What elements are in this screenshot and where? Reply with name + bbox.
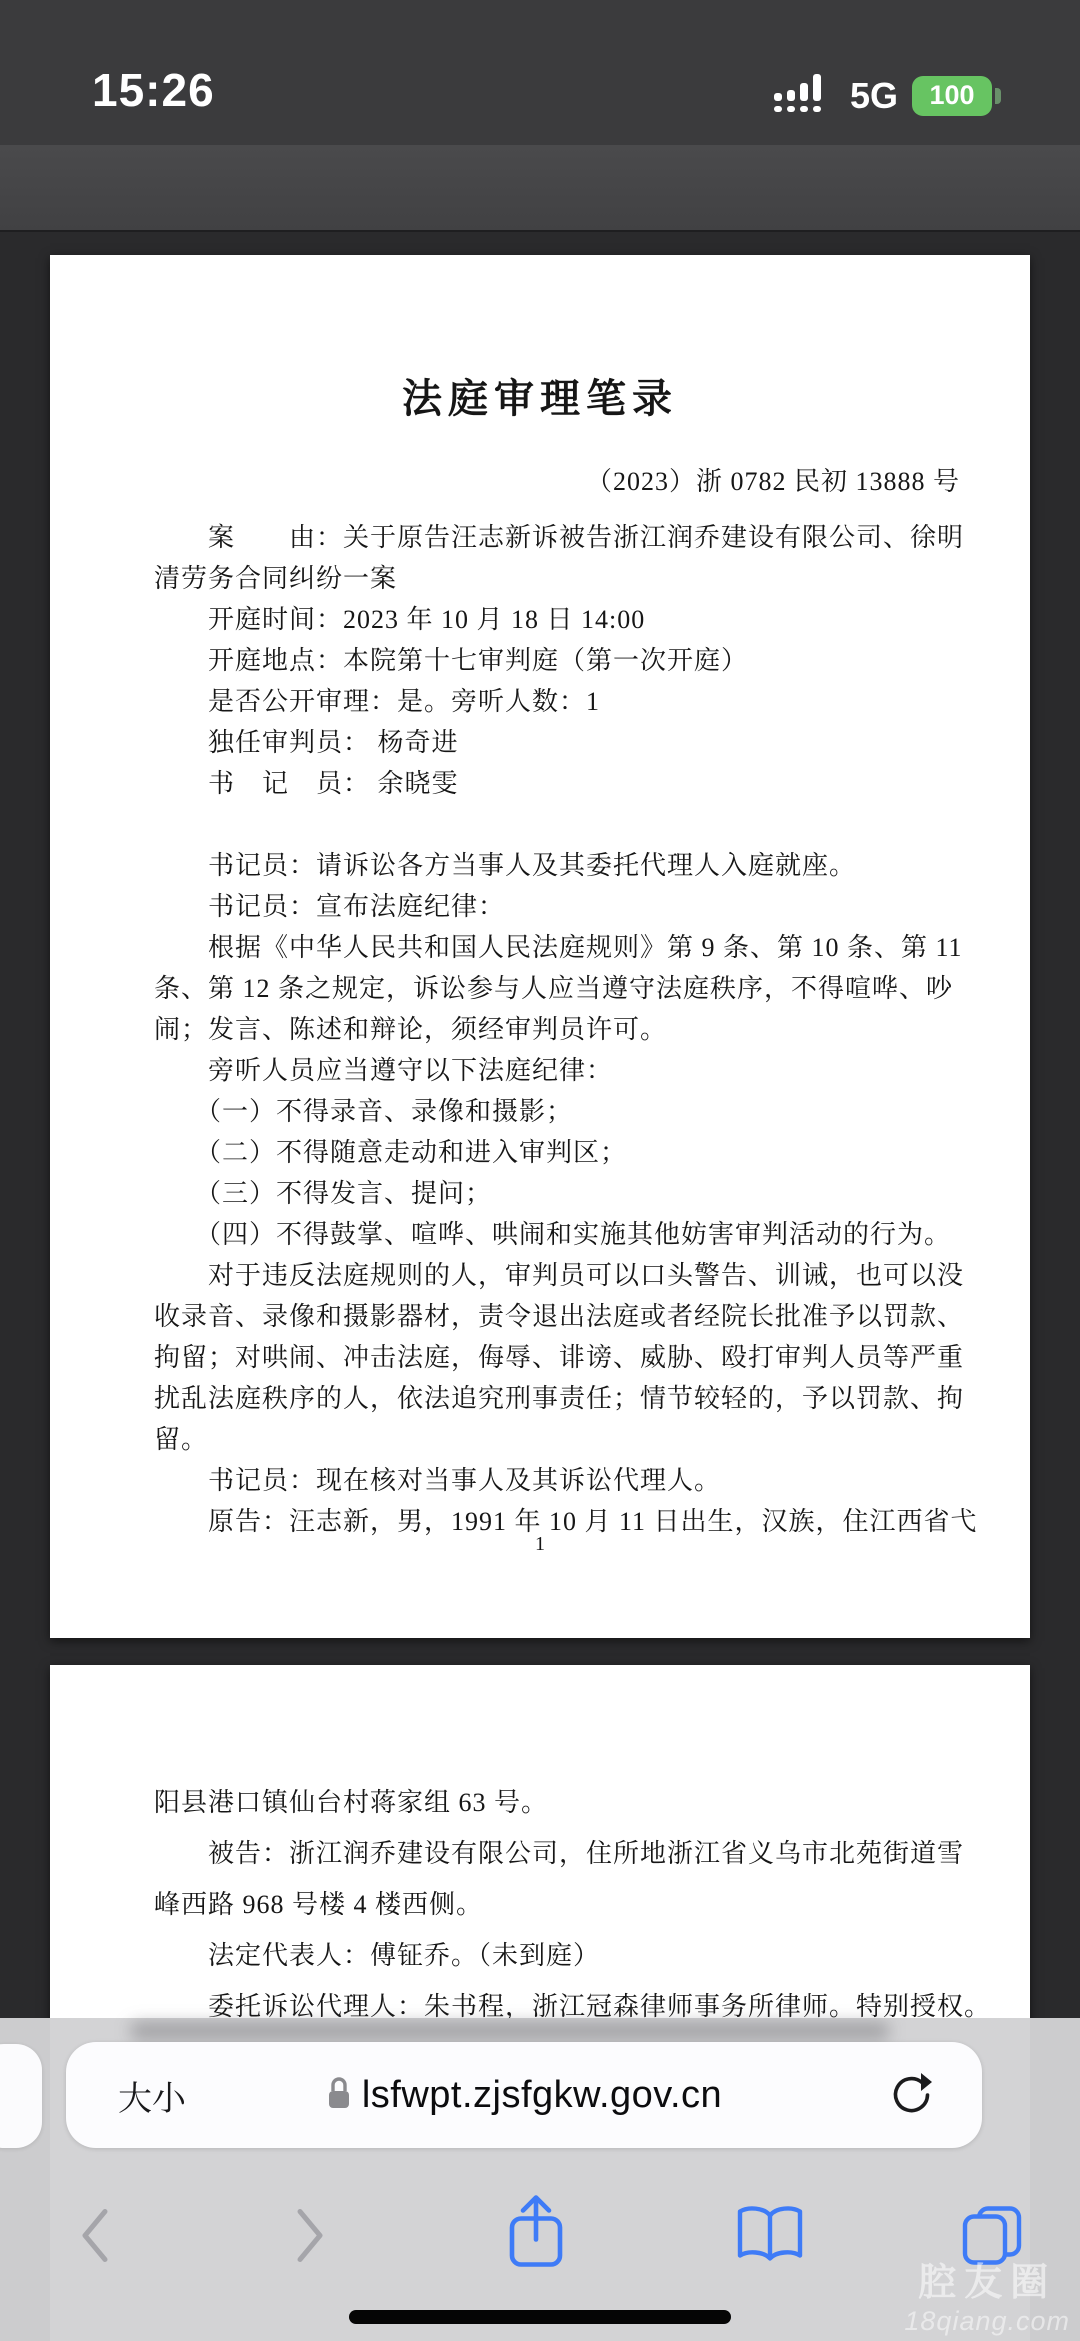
- status-indicators: 5G 100: [774, 74, 992, 117]
- book-icon[interactable]: [732, 2204, 808, 2273]
- doc-line: 旁听人员应当遵守以下法庭纪律：: [154, 1050, 984, 1091]
- doc-line: 书 记 员： 余晓雯: [154, 763, 984, 804]
- page-number: 1: [50, 1533, 1030, 1556]
- doc-line: 独任审判员： 杨奇进: [154, 722, 984, 763]
- battery-nub: [995, 88, 1001, 104]
- doc-line: （四）不得鼓掌、喧哗、哄闹和实施其他妨害审判活动的行为。: [154, 1214, 984, 1255]
- doc-line: 对于违反法庭规则的人，审判员可以口头警告、训诫，也可以没: [154, 1255, 984, 1296]
- battery-percent: 100: [929, 80, 974, 111]
- doc-line: 峰西路 968 号楼 4 楼西侧。: [154, 1879, 984, 1930]
- doc-line: 是否公开审理：是。旁听人数：1: [154, 681, 984, 722]
- tabs-icon[interactable]: [959, 2203, 1025, 2274]
- adjacent-tab-peek[interactable]: [0, 2044, 42, 2148]
- home-indicator[interactable]: [349, 2310, 731, 2324]
- doc-line: 书记员：请诉讼各方当事人及其委托代理人入庭就座。: [154, 845, 984, 886]
- address-bar-domain[interactable]: lsfwpt.zjsfgkw.gov.cn: [66, 2042, 982, 2148]
- doc-line: （三）不得发言、提问；: [154, 1173, 984, 1214]
- forward-chevron-icon[interactable]: [292, 2207, 328, 2270]
- page2-body: 阳县港口镇仙台村蒋家组 63 号。 被告：浙江润乔建设有限公司，住所地浙江省义乌…: [154, 1777, 984, 2032]
- doc-line: 根据《中华人民共和国人民法庭规则》第 9 条、第 10 条、第 11: [154, 927, 984, 968]
- bottom-toolbar: [0, 2170, 1080, 2300]
- doc-line: 阳县港口镇仙台村蒋家组 63 号。: [154, 1777, 984, 1828]
- battery-indicator: 100: [912, 76, 992, 116]
- status-bar: 15:26 5G 100: [0, 0, 1080, 145]
- doc-line: 书记员：宣布法庭纪律：: [154, 886, 984, 927]
- document-page-1: 法庭审理笔录 （2023）浙 0782 民初 13888 号 案 由：关于原告汪…: [50, 255, 1030, 1638]
- reload-icon[interactable]: [888, 2071, 936, 2119]
- watermark-line2: 18qiang.com: [904, 2306, 1070, 2337]
- doc-line: 书记员：现在核对当事人及其诉讼代理人。: [154, 1460, 984, 1501]
- doc-line: （一）不得录音、录像和摄影；: [154, 1091, 984, 1132]
- doc-line: 扰乱法庭秩序的人，依法追究刑事责任；情节较轻的，予以罚款、拘: [154, 1378, 984, 1419]
- share-icon[interactable]: [505, 2192, 567, 2277]
- address-bar[interactable]: 大小 lsfwpt.zjsfgkw.gov.cn: [66, 2042, 982, 2148]
- doc-line: 留。: [154, 1419, 984, 1460]
- obscured-text-hint: [130, 2022, 890, 2040]
- doc-line: 条、第 12 条之规定，诉讼参与人应当遵守法庭秩序，不得喧哗、吵: [154, 968, 984, 1009]
- url-text: lsfwpt.zjsfgkw.gov.cn: [362, 2074, 722, 2117]
- safari-collapsed-toolbar[interactable]: [0, 145, 1080, 232]
- lock-icon: [326, 2075, 352, 2116]
- doc-line: [154, 804, 984, 845]
- iphone-screen: 15:26 5G 100: [0, 0, 1080, 2341]
- page1-body: 案 由：关于原告汪志新诉被告浙江润乔建设有限公司、徐明 清劳务合同纠纷一案 开庭…: [154, 517, 984, 1542]
- cellular-signal-icon: [774, 74, 836, 117]
- doc-line: 拘留；对哄闹、冲击法庭，侮辱、诽谤、威胁、殴打审判人员等严重: [154, 1337, 984, 1378]
- doc-line: 清劳务合同纠纷一案: [154, 558, 984, 599]
- doc-line: （二）不得随意走动和进入审判区；: [154, 1132, 984, 1173]
- status-time: 15:26: [92, 63, 215, 117]
- back-chevron-icon[interactable]: [77, 2207, 113, 2270]
- doc-line: 闹；发言、陈述和辩论，须经审判员许可。: [154, 1009, 984, 1050]
- doc-line: 收录音、录像和摄影器材，责令退出法庭或者经院长批准予以罚款、: [154, 1296, 984, 1337]
- doc-line: 法定代表人：傅钲乔。（未到庭）: [154, 1930, 984, 1981]
- network-type-label: 5G: [850, 75, 898, 117]
- document-title: 法庭审理笔录: [50, 367, 1030, 424]
- doc-line: 被告：浙江润乔建设有限公司，住所地浙江省义乌市北苑街道雪: [154, 1828, 984, 1879]
- safari-bottom-chrome: 大小 lsfwpt.zjsfgkw.gov.cn: [0, 2018, 1080, 2341]
- doc-line: 开庭地点：本院第十七审判庭（第一次开庭）: [154, 640, 984, 681]
- doc-line: 案 由：关于原告汪志新诉被告浙江润乔建设有限公司、徐明: [154, 517, 984, 558]
- doc-line: 开庭时间：2023 年 10 月 18 日 14:00: [154, 599, 984, 640]
- case-number: （2023）浙 0782 民初 13888 号: [50, 461, 960, 498]
